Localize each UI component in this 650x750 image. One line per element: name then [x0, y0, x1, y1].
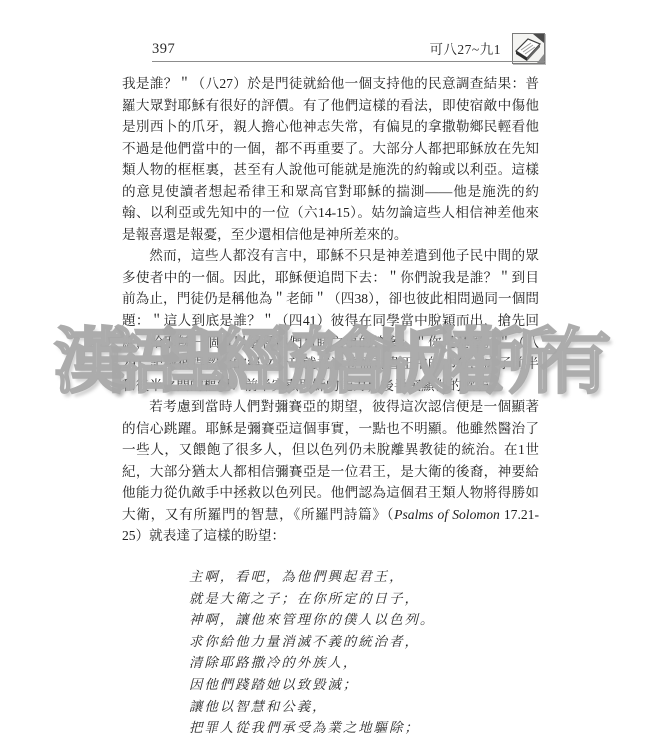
poem-quote: 主啊，看吧，為他們興起君王， 就是大衛之子；在你所定的日子， 神啊，讓他來管理你… — [189, 566, 539, 739]
poem-line: 把罪人從我們承受為業之地驅除； — [189, 717, 539, 739]
poem-line: 求你給他力量消滅不義的統治者， — [189, 631, 539, 653]
paragraph-3-text: 若考慮到當時人們對彌賽亞的期望，彼得這次認信便是一個顯著的信心跳躍。耶穌是彌賽亞… — [122, 399, 539, 522]
poem-line: 主啊，看吧，為他們興起君王， — [189, 566, 539, 588]
book-page: 397 可八27~九1 我是誰？＂（八27）於是門徒就給他一個支持他的民意調查結… — [0, 0, 650, 750]
poem-line: 神啊，讓他來管理你的僕人以色列。 — [189, 609, 539, 631]
page-body: 我是誰？＂（八27）於是門徒就給他一個支持他的民意調查結果：普羅大眾對耶穌有很好… — [122, 73, 539, 739]
section-reference: 可八27~九1 — [429, 38, 501, 58]
paragraph-1: 我是誰？＂（八27）於是門徒就給他一個支持他的民意調查結果：普羅大眾對耶穌有很好… — [122, 73, 539, 245]
latin-citation: Psalms of Solomon — [394, 507, 500, 522]
paragraph-3: 若考慮到當時人們對彌賽亞的期望，彼得這次認信便是一個顯著的信心跳躍。耶穌是彌賽亞… — [122, 396, 539, 547]
poem-line: 因他們踐踏她以致毀滅； — [189, 674, 539, 696]
poem-line: 讓他以智慧和公義， — [189, 696, 539, 718]
page-header: 397 可八27~九1 — [152, 30, 545, 62]
paragraph-2: 然而，這些人都沒有言中，耶穌不只是神差遣到他子民中間的眾多使者中的一個。因此，耶… — [122, 245, 539, 396]
page-number: 397 — [152, 41, 175, 58]
header-rule — [152, 61, 545, 62]
poem-line: 清除耶路撒冷的外族人， — [189, 652, 539, 674]
poem-line: 就是大衛之子；在你所定的日子， — [189, 588, 539, 610]
book-icon — [512, 33, 545, 64]
